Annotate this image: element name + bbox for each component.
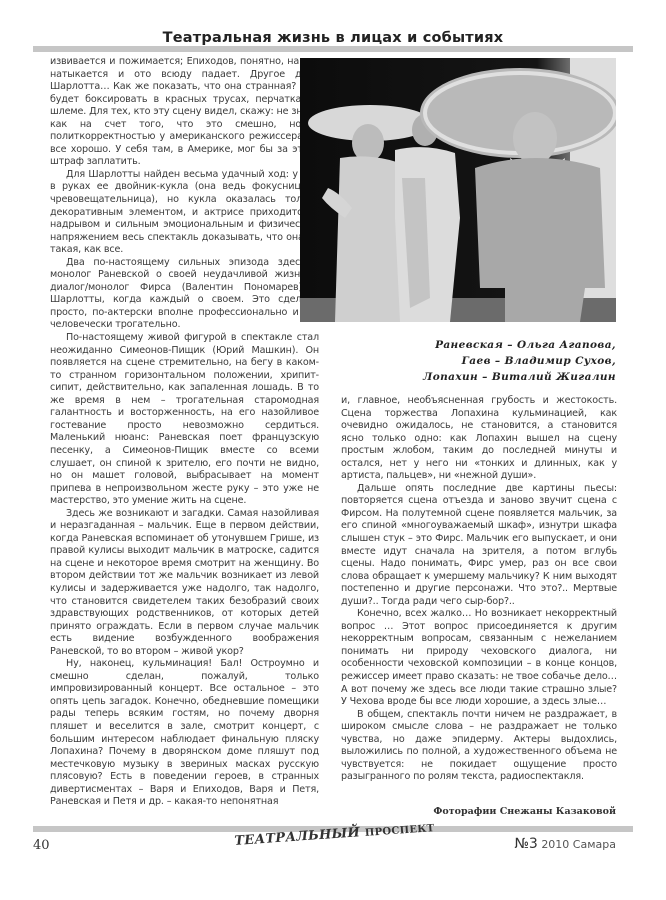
stage-photo: [300, 58, 616, 322]
stage-photo-illustration: [300, 58, 616, 322]
paragraph: В общем, спектакль почти ничем не раздра…: [341, 709, 617, 784]
issue-year-city: 2010 Самара: [541, 838, 616, 851]
photo-caption: Раневская – Ольга Агапова, Гаев – Владим…: [423, 337, 616, 385]
paragraph: Два по-настоящему сильных эпизода здесь …: [50, 257, 319, 332]
left-text-column: извивается и пожимается; Епиходов, понят…: [50, 56, 319, 809]
paragraph: Дальше опять последние две картины пьесы…: [341, 483, 617, 608]
header-rule: [33, 46, 633, 52]
magazine-name: ТЕАТРАЛЬНЫЙ ПРОСПЕКТ: [234, 820, 435, 849]
issue-info: №3 2010 Самара: [514, 836, 616, 852]
caption-line: Раневская – Ольга Агапова,: [423, 337, 616, 353]
caption-line: Гаев – Владимир Сухов,: [423, 353, 616, 369]
caption-line: Лопахин – Виталий Жигалин: [423, 369, 616, 385]
paragraph: Конечно, всех жалко… Но возникает некорр…: [341, 608, 617, 708]
photo-credit: Фоторафии Снежаны Казаковой: [433, 806, 616, 817]
paragraph: и, главное, необъясненная грубость и жес…: [341, 395, 617, 483]
issue-number: №3: [514, 836, 537, 852]
right-text-column: и, главное, необъясненная грубость и жес…: [341, 395, 617, 784]
paragraph: извивается и пожимается; Епиходов, понят…: [50, 56, 319, 169]
paragraph: Здесь же возникают и загадки. Самая назо…: [50, 508, 319, 659]
section-title: Театральная жизнь в лицах и событиях: [0, 30, 666, 46]
magazine-name-rest: ПРОСПЕКТ: [365, 823, 435, 839]
paragraph: По-настоящему живой фигурой в спектакле …: [50, 332, 319, 508]
page-number: 40: [33, 838, 50, 853]
paragraph: Ну, наконец, кульминация! Бал! Остроумно…: [50, 658, 319, 809]
paragraph: Для Шарлотты найден весьма удачный ход: …: [50, 169, 319, 257]
